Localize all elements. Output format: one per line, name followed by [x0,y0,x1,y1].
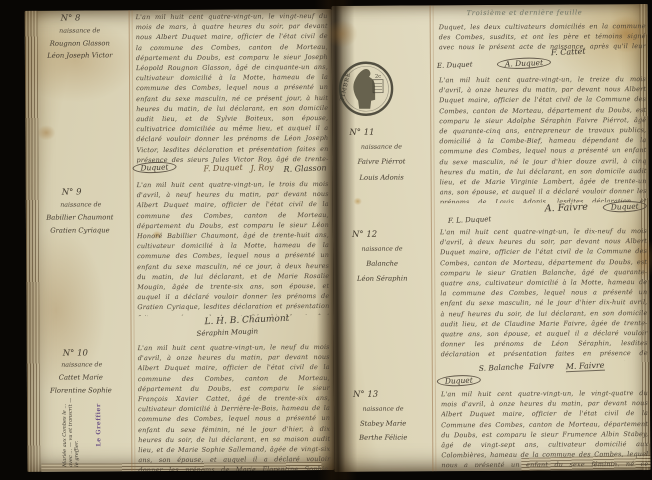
act-13-margin-name-2: Berthe Félicie [335,433,431,442]
act-8-margin-name-2: Léon Joseph Victor [31,51,129,60]
revenue-stamp: TIMBRE 2c [335,58,397,124]
seated-figure-icon [353,69,375,109]
signature-e-duquet: E. Duquet [437,60,473,69]
act-9-margin-number: N° 9 [62,187,122,197]
act-10-continuation-body: Duquet, les deux cultivateurs domiciliés… [439,21,646,54]
act-9-body: L'an mil huit cent quatre-vingt-un, le t… [137,179,330,316]
signature-f-duquet: F. Duquet [203,163,243,174]
signature-m-faivre: M. Faivre [566,361,605,373]
pencil-annotation: Troisième et dernière feuille [467,8,583,17]
act-9-margin-name-2: Gratien Cyriaque [30,226,130,235]
act-8-margin-label: naissance de [35,27,125,35]
act-13-margin-name-1: Stabey Marie [335,419,431,428]
signature-faivre: Faivre [529,361,555,371]
stamp-denomination: 2c [375,74,381,80]
act-10-margin-label: naissance de [37,361,127,369]
signature-a-faivre: A. Faivre [545,202,589,215]
act-11-margin-number: N° 11 [349,127,409,137]
act-12-margin-name-2: Léon Séraphin [334,274,430,283]
act-11-margin-name-2: Louis Adonis [334,173,430,182]
act-8-margin-name-1: Rougnon Glasson [31,39,129,48]
register-book-spread: N° 8 naissance de Rougnon Glasson Léon J… [0,0,652,480]
greffier-stamp: Le Greffier [95,403,102,446]
act-9-margin-label: naissance de [36,201,126,209]
scanned-register-photo: N° 8 naissance de Rougnon Glasson Léon J… [0,0,652,480]
act-9-margin-name-1: Babillier Chaumont [30,213,130,222]
act-13-margin-label: naissance de [337,405,429,413]
signature-s-balanche: S. Balanche [479,362,524,373]
act-8-margin-number: N° 8 [61,13,121,23]
act-13-body: L'an mil huit cent quatre-vingt-un, le v… [441,388,648,467]
act-11-body: L'an mil huit cent quatre-vingt-un, le t… [439,74,647,203]
signature-f-cattet: F. Cattet [551,47,586,57]
act-8-body: L'an mil huit cent quatre-vingt-un, le v… [136,11,329,164]
act-12-margin-name-1: Balanche [334,259,430,268]
act-10-margin-name-2: Florentine Sophie [31,386,131,395]
act-13-margin-number: N° 13 [353,389,413,399]
act-10-margin-name-1: Cattet Marie [31,373,131,382]
signature-j-roy: J. Roy [250,163,273,173]
act-10-body: L'an mil huit cent quatre-vingt-un, le n… [138,342,331,471]
act-12-body: L'an mil huit cent quatre-vingt-un, le d… [440,226,648,361]
act-11-margin-label: naissance de [335,143,427,151]
act-12-margin-label: naissance de [336,245,428,253]
stamp-timbre-text: TIMBRE [339,72,352,102]
signature-r-glasson: R. Glasson [283,163,326,174]
act-12-margin-number: N° 12 [352,229,412,239]
greffier-stamp-box: Le Greffier [89,393,109,455]
act-11-margin-name-1: Faivre Piérrot [333,157,429,166]
act-10-margin-number: N° 10 [63,348,123,358]
marriage-margin-note: Mariée aux Combes le … avec … — vu et tr… [62,394,81,466]
